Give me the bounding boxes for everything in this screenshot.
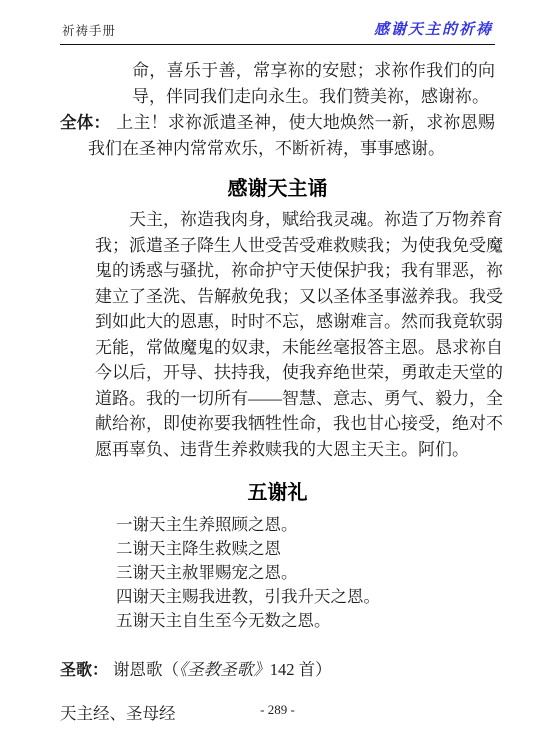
hymn-label: 圣歌： [60,662,113,679]
five-thanks-item: 一谢天主生养照顾之恩。 [116,513,495,537]
five-thanks-item: 二谢天主降生救赎之恩 [116,537,495,561]
page-body: 祈祷手册 感谢天主的祈祷 命，喜乐于善，常享祢的安慰；求祢作我们的向导，伴同我们… [0,0,555,727]
running-header: 祈祷手册 感谢天主的祈祷 [60,14,495,42]
five-thanks-list: 一谢天主生养照顾之恩。 二谢天主降生救赎之恩 三谢天主赦罪赐宠之恩。 四谢天主赐… [116,513,495,633]
continuation-paragraph: 命，喜乐于善，常享祢的安慰；求祢作我们的向导，伴同我们走向永生。我们赞美祢，感谢… [132,58,495,110]
hymn-book-title: 《圣教圣歌》 [179,660,270,679]
response-paragraph: 全体：上主！求祢派遣圣神，使大地焕然一新，求祢恩赐我们在圣神内常常欢乐，不断祈祷… [88,110,495,162]
five-thanks-item: 五谢天主自生至今无数之恩。 [116,609,495,633]
five-thanks-item: 三谢天主赦罪赐宠之恩。 [116,561,495,585]
opening-response-block: 命，喜乐于善，常享祢的安慰；求祢作我们的向导，伴同我们走向永生。我们赞美祢，感谢… [60,58,495,162]
thanksgiving-prayer-paragraph: 天主，祢造我肉身，赋给我灵魂。祢造了万物养育我；派遣圣子降生人世受苦受难救赎我；… [95,207,503,462]
header-divider [60,44,495,45]
hymn-number: 142 首） [270,660,332,679]
booklet-title: 祈祷手册 [62,21,116,39]
hymn-line: 圣歌：谢恩歌（《圣教圣歌》142 首） [60,657,495,684]
response-text: 上主！求祢派遣圣神，使大地焕然一新，求祢恩赐我们在圣神内常常欢乐，不断祈祷，事事… [88,113,495,158]
section-title-five-thanks: 五谢礼 [60,476,495,505]
speaker-label: 全体： [60,114,116,132]
hymn-name: 谢恩歌（ [113,660,179,679]
section-title-thanksgiving-prayer: 感谢天主诵 [60,172,495,201]
page-number: - 289 - [0,702,555,718]
five-thanks-item: 四谢天主赐我进教，引我升天之恩。 [116,585,495,609]
prayer-book-page: { "theme": { "accent_blue": "#3232e0", "… [0,0,555,733]
chapter-title: 感谢天主的祈祷 [374,18,493,39]
